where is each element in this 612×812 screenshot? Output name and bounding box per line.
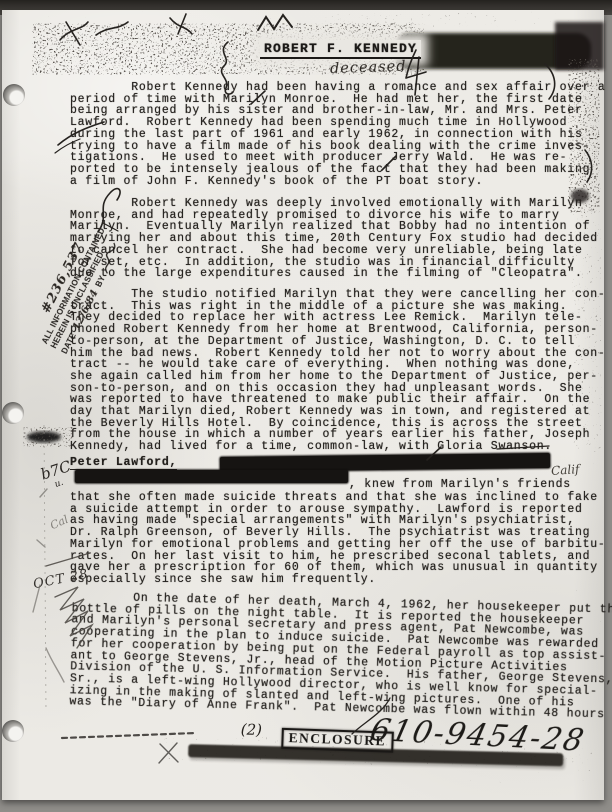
- hole-punch: [3, 84, 25, 106]
- paragraph-death: On the date of her death, March 4, 1962,…: [69, 591, 612, 722]
- hole-punch: [2, 402, 24, 424]
- calif-margin-note: Calif: [551, 462, 580, 478]
- hole-punch: [2, 720, 24, 742]
- enclosure-stamp: ENCLOSURE: [281, 728, 393, 753]
- scanned-document-photo: { "page": { "title": "ROBERT F. KENNEDY"…: [0, 0, 612, 812]
- tilted-bottom-section: On the date of her death, March 4, 1962,…: [0, 0, 612, 812]
- page-number: (2): [241, 720, 263, 739]
- redaction-bar: [75, 470, 348, 483]
